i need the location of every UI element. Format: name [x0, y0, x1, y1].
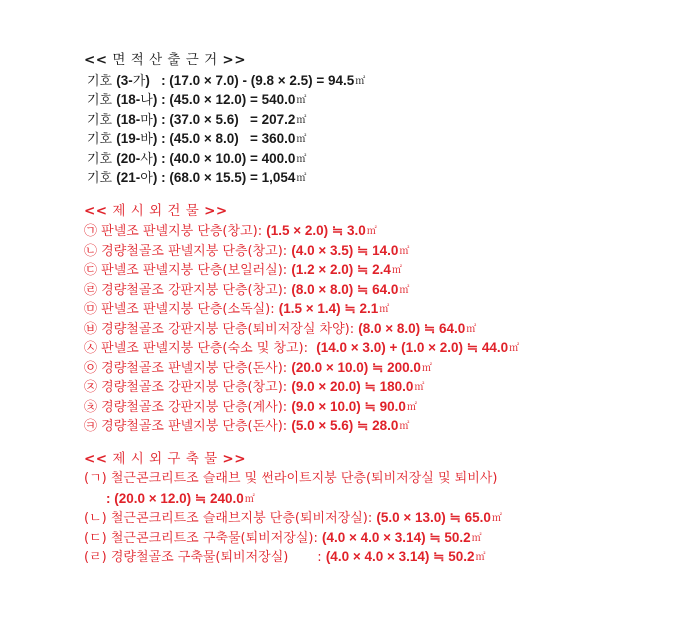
row-code-end: ) [145, 73, 161, 88]
row-formula: : (17.0 × 7.0) - (9.8 × 2.5) = 94.5 [161, 73, 354, 88]
area-row: 기호 (18-나) : (45.0 × 12.0) = 540.0㎡ [84, 90, 519, 110]
row-description: 경량철골조 판넬지붕 단층(창고): [97, 244, 291, 259]
row-label: 기호 [87, 171, 116, 186]
section-heading: << 제 시 외 건 물 >> [84, 202, 519, 222]
row-marker: (ㄷ) [84, 531, 107, 546]
row-formula: : (68.0 × 15.5) = 1,054 [161, 170, 295, 185]
building-row: ㉤ 판넬조 판넬지붕 단층(소독실): (1.5 × 1.4) ≒ 2.1㎡ [84, 299, 519, 319]
row-formula: (5.0 × 5.6) ≒ 28.0 [291, 418, 398, 433]
structure-row-formula: : (20.0 × 12.0) ≒ 240.0㎡ [84, 489, 519, 509]
row-description: 경량철골조 구축물(퇴비저장실) : [107, 550, 326, 565]
row-unit: ㎡ [367, 226, 377, 237]
area-row: 기호 (20-사) : (40.0 × 10.0) = 400.0㎡ [84, 149, 519, 169]
row-formula: : (40.0 × 10.0) = 400.0 [161, 151, 295, 166]
row-formula: : (45.0 × 12.0) = 540.0 [161, 92, 295, 107]
row-marker: ㉣ [84, 283, 97, 298]
building-row: ㉩ 경량철골조 강판지붕 단층(계사): (9.0 × 10.0) ≒ 90.0… [84, 397, 519, 417]
row-unit: ㎡ [296, 95, 306, 106]
row-description: 판넬조 판넬지붕 단층(창고): [97, 224, 266, 239]
row-formula: (1.2 × 2.0) ≒ 2.4 [291, 262, 391, 277]
heading-text: 제 시 외 건 물 [108, 203, 204, 219]
row-unit: ㎡ [422, 363, 432, 374]
row-label: 기호 [87, 113, 116, 128]
section-heading: << 제 시 외 구 축 물 >> [84, 450, 519, 470]
row-unit: ㎡ [379, 304, 389, 315]
row-marker: ㉡ [84, 244, 97, 259]
row-unit: ㎡ [296, 154, 306, 165]
building-row: ㉠ 판넬조 판넬지붕 단층(창고): (1.5 × 2.0) ≒ 3.0㎡ [84, 221, 519, 241]
row-unit: ㎡ [475, 552, 485, 563]
row-code-korean: 바 [140, 132, 153, 147]
row-description: 철근콘크리트조 슬래브 및 썬라이트지붕 단층(퇴비저장실 및 퇴비사) [107, 471, 498, 486]
row-code: (20- [116, 151, 140, 166]
row-code-end: ) [153, 112, 161, 127]
row-formula: (14.0 × 3.0) + (1.0 × 2.0) ≒ 44.0 [316, 340, 508, 355]
row-unit: ㎡ [466, 324, 476, 335]
row-formula: (20.0 × 10.0) ≒ 200.0 [291, 360, 421, 375]
row-marker: ㉦ [84, 341, 97, 356]
structure-row: (ㄱ) 철근콘크리트조 슬래브 및 썬라이트지붕 단층(퇴비저장실 및 퇴비사) [84, 469, 519, 489]
section-unlisted-structures: << 제 시 외 구 축 물 >> (ㄱ) 철근콘크리트조 슬래브 및 썬라이트… [84, 450, 519, 567]
row-code: (18- [116, 92, 140, 107]
structure-row: (ㄹ) 경량철골조 구축물(퇴비저장실) : (4.0 × 4.0 × 3.14… [84, 547, 519, 567]
row-unit: ㎡ [492, 513, 502, 524]
row-code-korean: 나 [140, 93, 153, 108]
row-unit: ㎡ [407, 402, 417, 413]
row-description: 판넬조 판넬지붕 단층(숙소 및 창고): [97, 341, 316, 356]
row-marker: ㉪ [84, 419, 97, 434]
building-row: ㉢ 판넬조 판넬지붕 단층(보일러실): (1.2 × 2.0) ≒ 2.4㎡ [84, 260, 519, 280]
row-label: 기호 [87, 152, 116, 167]
row-formula: (4.0 × 3.5) ≒ 14.0 [291, 243, 398, 258]
row-description: 경량철골조 강판지붕 단층(창고): [97, 380, 291, 395]
row-unit: ㎡ [472, 533, 482, 544]
row-code-end: ) [153, 92, 161, 107]
row-marker: ㉨ [84, 380, 97, 395]
area-row: 기호 (19-바) : (45.0 × 8.0) = 360.0㎡ [84, 129, 519, 149]
row-formula: (9.0 × 20.0) ≒ 180.0 [291, 379, 413, 394]
heading-close: >> [222, 52, 246, 68]
row-marker: ㉠ [84, 224, 97, 239]
row-formula: (5.0 × 13.0) ≒ 65.0 [376, 510, 491, 525]
area-calculation-document: << 면 적 산 출 근 거 >> 기호 (3-가) : (17.0 × 7.0… [84, 51, 519, 567]
row-code: (19- [116, 131, 140, 146]
building-row: ㉥ 경량철골조 강판지붕 단층(퇴비저장실 차양): (8.0 × 8.0) ≒… [84, 319, 519, 339]
row-marker: ㉢ [84, 263, 97, 278]
row-marker: ㉤ [84, 302, 97, 317]
row-marker: ㉥ [84, 322, 97, 337]
row-formula: (1.5 × 1.4) ≒ 2.1 [279, 301, 379, 316]
row-code-end: ) [153, 151, 161, 166]
row-label: 기호 [87, 132, 116, 147]
row-unit: ㎡ [296, 115, 306, 126]
row-description: 판넬조 판넬지붕 단층(소독실): [97, 302, 279, 317]
area-row: 기호 (21-아) : (68.0 × 15.5) = 1,054㎡ [84, 168, 519, 188]
row-label: 기호 [87, 74, 116, 89]
row-label: 기호 [87, 93, 116, 108]
row-unit: ㎡ [296, 134, 306, 145]
row-unit: ㎡ [245, 494, 255, 505]
row-code: (21- [116, 170, 140, 185]
row-formula: (8.0 × 8.0) ≒ 64.0 [291, 282, 398, 297]
row-description: 경량철골조 판넬지붕 단층(돈사): [97, 419, 291, 434]
heading-text: 면 적 산 출 근 거 [108, 52, 223, 68]
area-row: 기호 (3-가) : (17.0 × 7.0) - (9.8 × 2.5) = … [84, 71, 519, 91]
row-description: 경량철골조 강판지붕 단층(퇴비저장실 차양): [97, 322, 358, 337]
row-description: 경량철골조 판넬지붕 단층(돈사): [97, 361, 291, 376]
row-code-korean: 가 [133, 74, 146, 89]
row-description: 철근콘크리트조 구축물(퇴비저장실): [107, 531, 322, 546]
row-code-korean: 아 [140, 171, 153, 186]
structure-row: (ㄴ) 철근콘크리트조 슬래브지붕 단층(퇴비저장실): (5.0 × 13.0… [84, 508, 519, 528]
row-unit: ㎡ [414, 382, 424, 393]
heading-close: >> [222, 451, 246, 467]
row-description: 판넬조 판넬지붕 단층(보일러실): [97, 263, 291, 278]
heading-text: 제 시 외 구 축 물 [108, 451, 223, 467]
structure-row: (ㄷ) 철근콘크리트조 구축물(퇴비저장실): (4.0 × 4.0 × 3.1… [84, 528, 519, 548]
row-unit: ㎡ [509, 343, 519, 354]
row-formula: (8.0 × 8.0) ≒ 64.0 [358, 321, 465, 336]
row-formula: (9.0 × 10.0) ≒ 90.0 [291, 399, 406, 414]
row-description: 철근콘크리트조 슬래브지붕 단층(퇴비저장실): [107, 511, 377, 526]
section-area-basis: << 면 적 산 출 근 거 >> 기호 (3-가) : (17.0 × 7.0… [84, 51, 519, 188]
row-unit: ㎡ [296, 173, 306, 184]
row-code-end: ) [153, 170, 161, 185]
row-formula: (4.0 × 4.0 × 3.14) ≒ 50.2 [326, 549, 475, 564]
row-marker: ㉩ [84, 400, 97, 415]
row-code-end: ) [153, 131, 161, 146]
building-row: ㉪ 경량철골조 판넬지붕 단층(돈사): (5.0 × 5.6) ≒ 28.0㎡ [84, 416, 519, 436]
heading-open: << [84, 451, 108, 467]
row-code: (3- [116, 73, 133, 88]
row-unit: ㎡ [399, 246, 409, 257]
building-row: ㉣ 경량철골조 강판지붕 단층(창고): (8.0 × 8.0) ≒ 64.0㎡ [84, 280, 519, 300]
heading-open: << [84, 203, 108, 219]
row-unit: ㎡ [355, 76, 365, 87]
row-description: 경량철골조 강판지붕 단층(계사): [97, 400, 291, 415]
row-marker: (ㄹ) [84, 550, 107, 565]
building-row: ㉡ 경량철골조 판넬지붕 단층(창고): (4.0 × 3.5) ≒ 14.0㎡ [84, 241, 519, 261]
row-marker: (ㄴ) [84, 511, 107, 526]
row-formula: : (37.0 × 5.6) = 207.2 [161, 112, 295, 127]
heading-close: >> [204, 203, 228, 219]
row-formula: : (20.0 × 12.0) ≒ 240.0 [106, 491, 244, 506]
row-description: 경량철골조 강판지붕 단층(창고): [97, 283, 291, 298]
row-marker: ㉧ [84, 361, 97, 376]
row-code: (18- [116, 112, 140, 127]
building-row: ㉧ 경량철골조 판넬지붕 단층(돈사): (20.0 × 10.0) ≒ 200… [84, 358, 519, 378]
building-row: ㉦ 판넬조 판넬지붕 단층(숙소 및 창고): (14.0 × 3.0) + (… [84, 338, 519, 358]
row-unit: ㎡ [392, 265, 402, 276]
area-row: 기호 (18-마) : (37.0 × 5.6) = 207.2㎡ [84, 110, 519, 130]
building-row: ㉨ 경량철골조 강판지붕 단층(창고): (9.0 × 20.0) ≒ 180.… [84, 377, 519, 397]
section-heading: << 면 적 산 출 근 거 >> [84, 51, 519, 71]
row-formula: (4.0 × 4.0 × 3.14) ≒ 50.2 [322, 530, 471, 545]
row-formula: : (45.0 × 8.0) = 360.0 [161, 131, 295, 146]
row-unit: ㎡ [399, 285, 409, 296]
row-formula: (1.5 × 2.0) ≒ 3.0 [266, 223, 366, 238]
section-unlisted-buildings: << 제 시 외 건 물 >> ㉠ 판넬조 판넬지붕 단층(창고): (1.5 … [84, 202, 519, 436]
row-unit: ㎡ [399, 421, 409, 432]
row-code-korean: 마 [140, 113, 153, 128]
row-code-korean: 사 [140, 152, 153, 167]
heading-open: << [84, 52, 108, 68]
row-marker: (ㄱ) [84, 471, 107, 486]
